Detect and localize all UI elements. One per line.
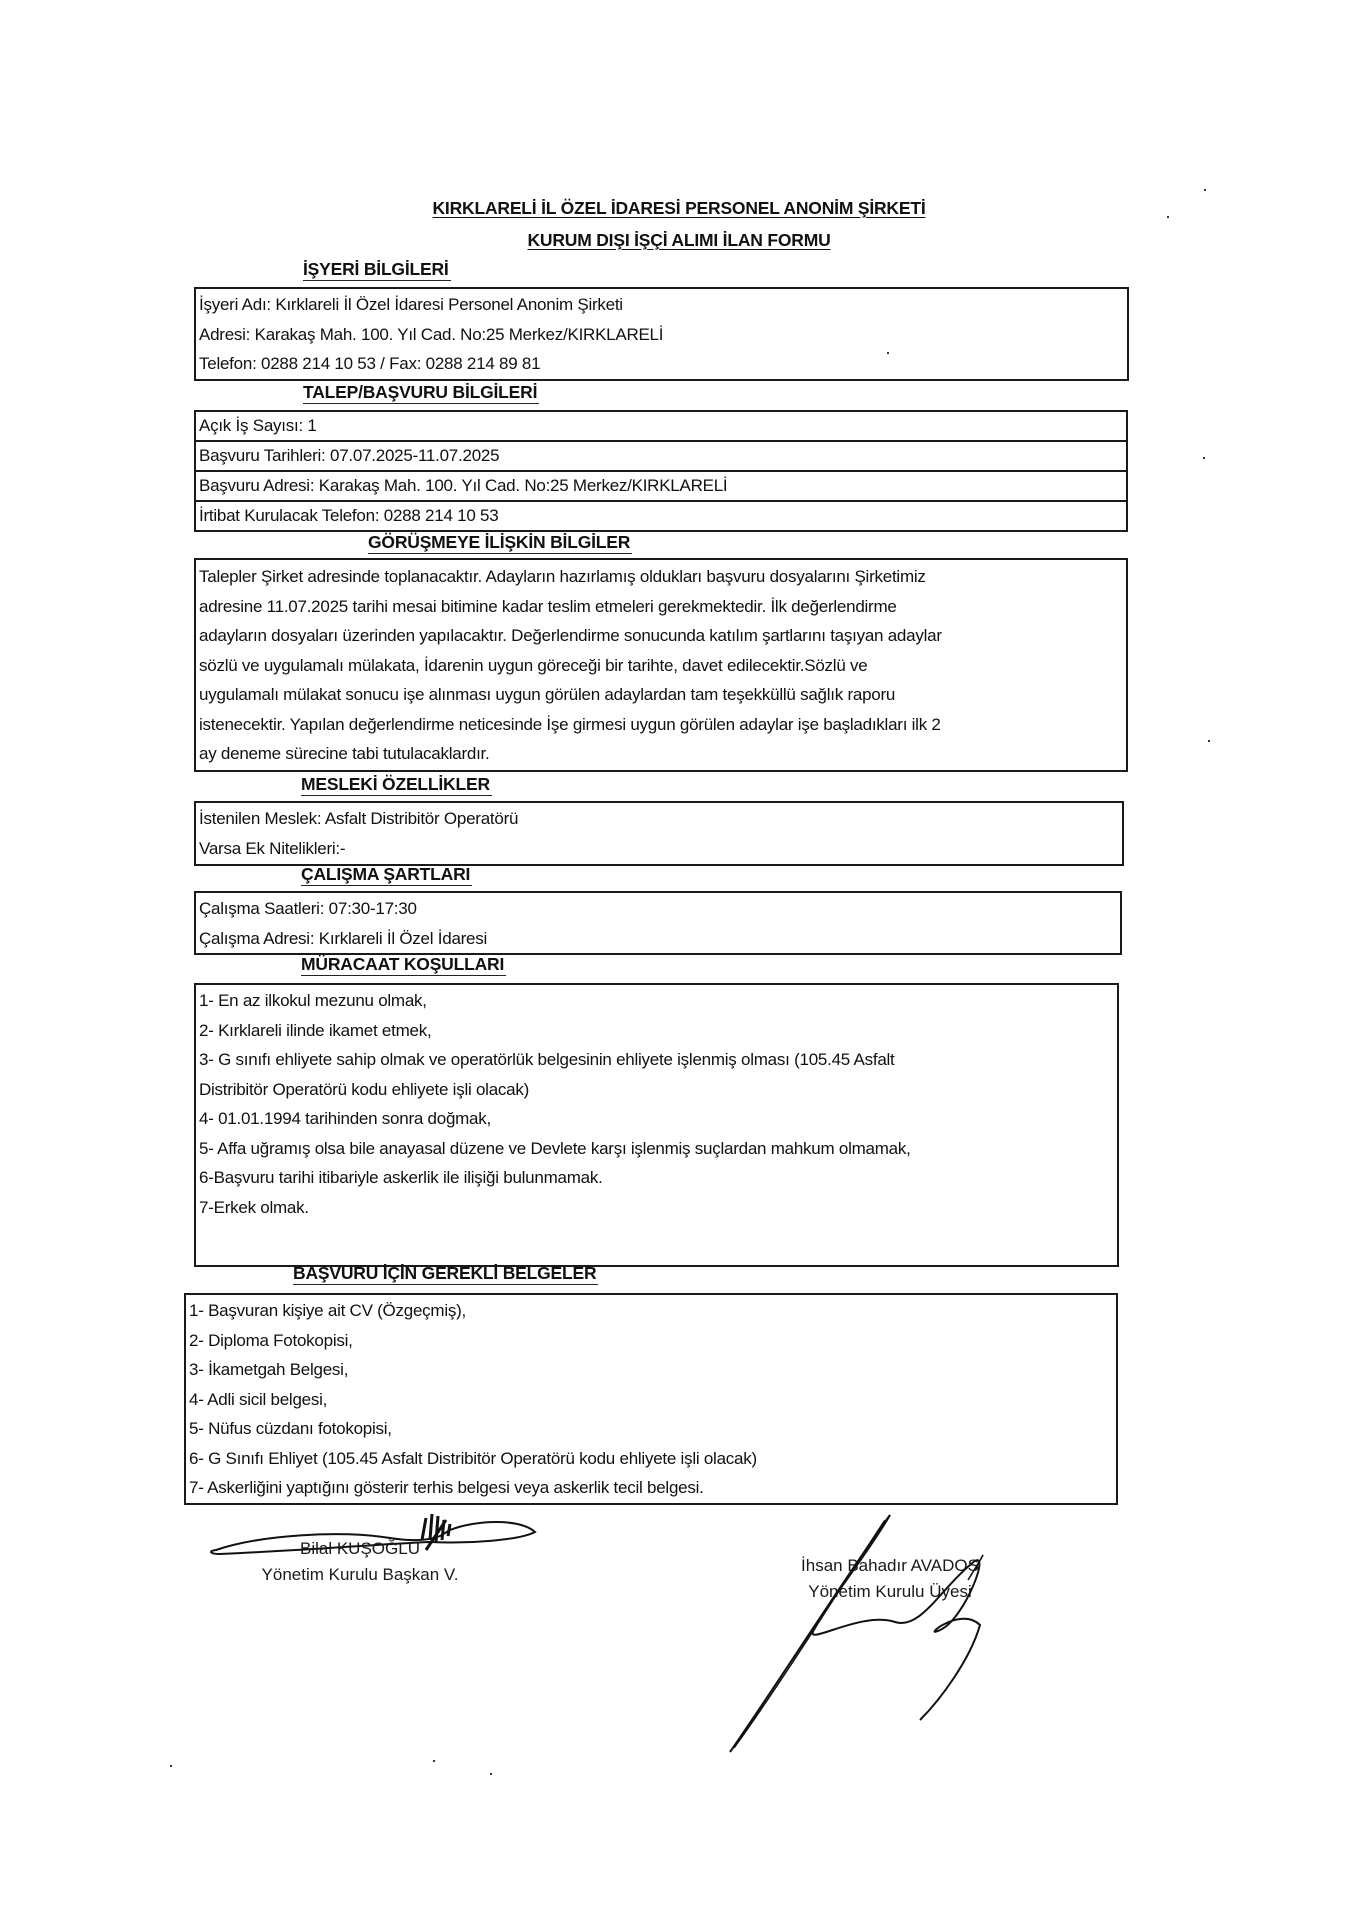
working-hours: Çalışma Saatleri: 07:30-17:30 xyxy=(196,894,1120,924)
application-box: Açık İş Sayısı: 1 Başvuru Tarihleri: 07.… xyxy=(194,410,1128,532)
requirement-item: 1- En az ilkokul mezunu olmak, xyxy=(196,986,1117,1016)
document-item: 1- Başvuran kişiye ait CV (Özgeçmiş), xyxy=(186,1296,1116,1326)
requirement-item: 6-Başvuru tarihi itibariyle askerlik ile… xyxy=(196,1163,1117,1193)
left-signatory-name: Bilal KUŞOĞLU xyxy=(210,1536,510,1562)
workplace-address: Adresi: Karakaş Mah. 100. Yıl Cad. No:25… xyxy=(196,320,1127,350)
scan-speck xyxy=(170,1765,172,1767)
workplace-phone: Telefon: 0288 214 10 53 / Fax: 0288 214 … xyxy=(196,349,1127,379)
left-signatory: Bilal KUŞOĞLU Yönetim Kurulu Başkan V. xyxy=(210,1536,510,1588)
application-heading: TALEP/BAŞVURU BİLGİLERİ xyxy=(303,381,539,404)
interview-text-line: adresine 11.07.2025 tarihi mesai bitimin… xyxy=(196,592,1126,622)
workplace-heading: İŞYERİ BİLGİLERİ xyxy=(303,258,451,281)
working-conditions-heading: ÇALIŞMA ŞARTLARI xyxy=(301,863,472,886)
document-item: 6- G Sınıfı Ehliyet (105.45 Asfalt Distr… xyxy=(186,1444,1116,1474)
title-line-2: KURUM DIŞI İŞÇİ ALIMI İLAN FORMU xyxy=(527,230,830,250)
document-item: 7- Askerliğini yaptığını gösterir terhis… xyxy=(186,1473,1116,1503)
document-item: 5- Nüfus cüzdanı fotokopisi, xyxy=(186,1414,1116,1444)
additional-qualifications: Varsa Ek Nitelikleri:- xyxy=(196,834,1122,864)
requirements-box: 1- En az ilkokul mezunu olmak, 2- Kırkla… xyxy=(194,983,1119,1267)
scan-speck xyxy=(1203,457,1205,459)
document-subtitle: KURUM DIŞI İŞÇİ ALIMI İLAN FORMU xyxy=(0,230,1358,251)
workplace-name: İşyeri Adı: Kırklareli İl Özel İdaresi P… xyxy=(196,290,1127,320)
requirement-item: 4- 01.01.1994 tarihinden sonra doğmak, xyxy=(196,1104,1117,1134)
document-item: 4- Adli sicil belgesi, xyxy=(186,1385,1116,1415)
documents-box: 1- Başvuran kişiye ait CV (Özgeçmiş), 2-… xyxy=(184,1293,1118,1505)
required-profession: İstenilen Meslek: Asfalt Distribitör Ope… xyxy=(196,804,1122,834)
profession-heading: MESLEKİ ÖZELLİKLER xyxy=(301,773,492,796)
requirement-item: 7-Erkek olmak. xyxy=(196,1193,1117,1223)
requirements-heading: MÜRACAAT KOŞULLARI xyxy=(301,953,506,976)
scan-speck xyxy=(433,1760,435,1762)
title-line-1: KIRKLARELİ İL ÖZEL İDARESİ PERSONEL ANON… xyxy=(432,198,925,218)
documents-heading: BAŞVURU İÇİN GEREKLİ BELGELER xyxy=(293,1262,598,1285)
contact-phone: İrtibat Kurulacak Telefon: 0288 214 10 5… xyxy=(196,502,1126,530)
requirement-item: 3- G sınıfı ehliyete sahip olmak ve oper… xyxy=(196,1045,1117,1075)
document-item: 3- İkametgah Belgesi, xyxy=(186,1355,1116,1385)
scan-speck xyxy=(887,352,889,354)
interview-text-line: adayların dosyaları üzerinden yapılacakt… xyxy=(196,621,1126,651)
interview-text-line: istenecektir. Yapılan değerlendirme neti… xyxy=(196,710,1126,740)
application-dates: Başvuru Tarihleri: 07.07.2025-11.07.2025 xyxy=(196,442,1126,472)
scan-speck xyxy=(1167,216,1169,218)
working-conditions-box: Çalışma Saatleri: 07:30-17:30 Çalışma Ad… xyxy=(194,891,1122,955)
interview-text-line: uygulamalı mülakat sonucu işe alınması u… xyxy=(196,680,1126,710)
interview-text-line: sözlü ve uygulamalı mülakata, İdarenin u… xyxy=(196,651,1126,681)
requirement-item: Distribitör Operatörü kodu ehliyete işli… xyxy=(196,1075,1117,1105)
scan-speck xyxy=(490,1773,492,1775)
document-item: 2- Diploma Fotokopisi, xyxy=(186,1326,1116,1356)
profession-box: İstenilen Meslek: Asfalt Distribitör Ope… xyxy=(194,801,1124,866)
working-address: Çalışma Adresi: Kırklareli İl Özel İdare… xyxy=(196,924,1120,954)
right-signature-scribble xyxy=(720,1510,1040,1770)
scan-speck xyxy=(1208,740,1210,742)
document-title: KIRKLARELİ İL ÖZEL İDARESİ PERSONEL ANON… xyxy=(0,198,1358,219)
interview-text-line: ay deneme sürecine tabi tutulacaklardır. xyxy=(196,739,1126,769)
right-signatory-title: Yönetim Kurulu Üyesi xyxy=(760,1579,1020,1605)
application-address: Başvuru Adresi: Karakaş Mah. 100. Yıl Ca… xyxy=(196,472,1126,502)
requirement-item: 2- Kırklareli ilinde ikamet etmek, xyxy=(196,1016,1117,1046)
workplace-box: İşyeri Adı: Kırklareli İl Özel İdaresi P… xyxy=(194,287,1129,381)
interview-text-line: Talepler Şirket adresinde toplanacaktır.… xyxy=(196,562,1126,592)
right-signatory: İhsan Bahadır AVADOS Yönetim Kurulu Üyes… xyxy=(760,1553,1020,1605)
interview-heading: GÖRÜŞMEYE İLİŞKİN BİLGİLER xyxy=(368,531,632,554)
left-signatory-title: Yönetim Kurulu Başkan V. xyxy=(210,1562,510,1588)
right-signatory-name: İhsan Bahadır AVADOS xyxy=(760,1553,1020,1579)
requirement-item: 5- Affa uğramış olsa bile anayasal düzen… xyxy=(196,1134,1117,1164)
document-page: KIRKLARELİ İL ÖZEL İDARESİ PERSONEL ANON… xyxy=(0,0,1358,1920)
interview-box: Talepler Şirket adresinde toplanacaktır.… xyxy=(194,558,1128,772)
open-positions: Açık İş Sayısı: 1 xyxy=(196,412,1126,442)
scan-speck xyxy=(1204,189,1206,191)
